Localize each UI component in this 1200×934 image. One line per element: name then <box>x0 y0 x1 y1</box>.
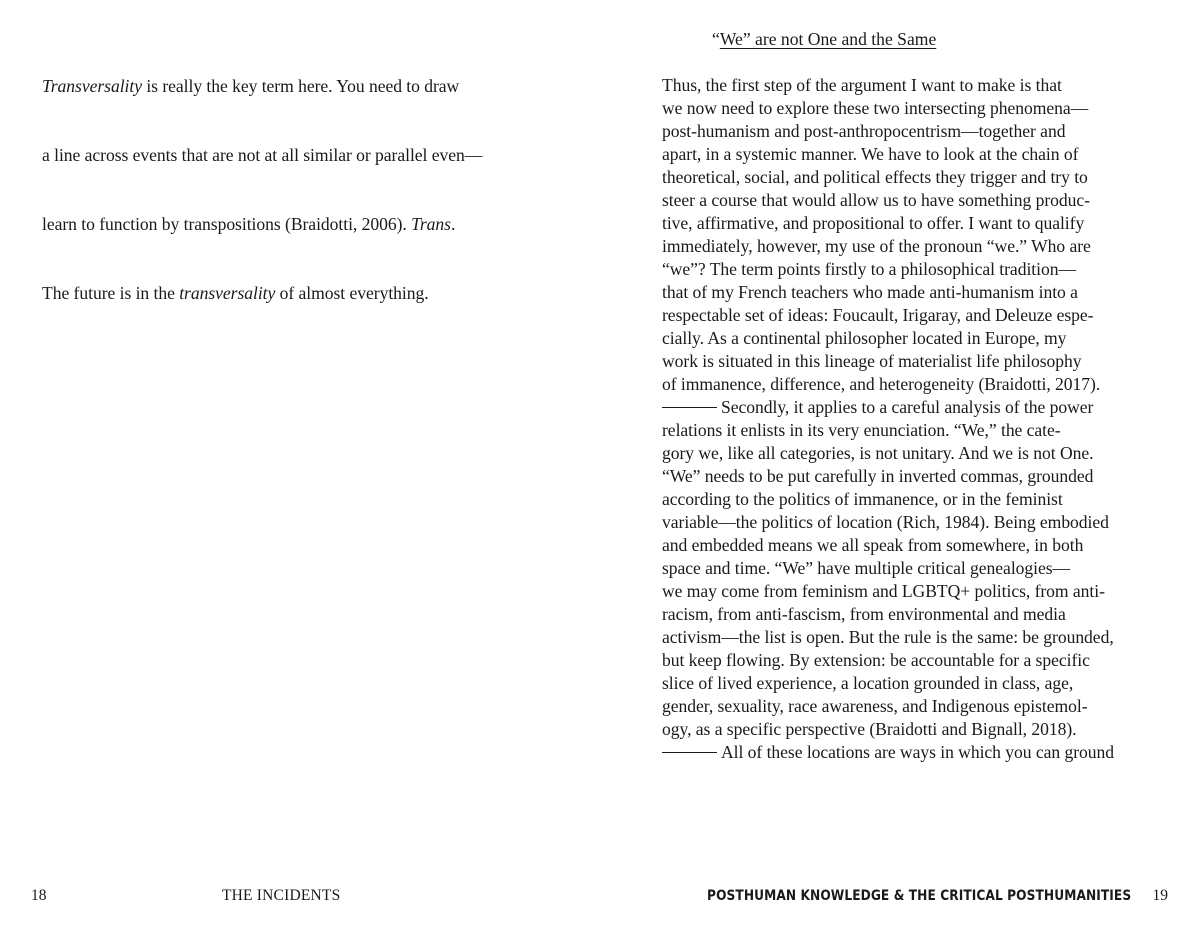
section-heading: “We” are not One and the Same <box>712 28 936 51</box>
text-run: gender, sexuality, race awareness, and I… <box>662 696 1088 716</box>
body-line: relations it enlists in its very enuncia… <box>662 419 1114 442</box>
text-run: variable—the politics of location (Rich,… <box>662 512 1109 532</box>
italic-term: transversality <box>179 283 275 303</box>
text-run: theoretical, social, and political effec… <box>662 167 1088 187</box>
text-run: gory we, like all categories, is not uni… <box>662 443 1094 463</box>
body-line: space and time. “We” have multiple criti… <box>662 557 1114 580</box>
body-line: gory we, like all categories, is not uni… <box>662 442 1114 465</box>
left-page: Transversality is really the key term he… <box>0 0 600 934</box>
text-run: activism—the list is open. But the rule … <box>662 627 1114 647</box>
text-run: “we”? The term points firstly to a philo… <box>662 259 1076 279</box>
text-run: is really the key term here. You need to… <box>142 76 459 96</box>
heading-open-quote: “ <box>712 29 720 49</box>
text-run: a line across events that are not at all… <box>42 145 482 165</box>
body-line: All of these locations are ways in which… <box>662 741 1114 764</box>
body-line: apart, in a systemic manner. We have to … <box>662 143 1114 166</box>
body-line: respectable set of ideas: Foucault, Irig… <box>662 304 1114 327</box>
body-line: immediately, however, my use of the pron… <box>662 235 1114 258</box>
text-run: according to the politics of immanence, … <box>662 489 1063 509</box>
text-run: immediately, however, my use of the pron… <box>662 236 1091 256</box>
text-run: and embedded means we all speak from som… <box>662 535 1083 555</box>
text-run: we may come from feminism and LGBTQ+ pol… <box>662 581 1105 601</box>
body-line: cially. As a continental philosopher loc… <box>662 327 1114 350</box>
body-line: but keep flowing. By extension: be accou… <box>662 649 1114 672</box>
body-line: variable—the politics of location (Rich,… <box>662 511 1114 534</box>
text-run: tive, affirmative, and propositional to … <box>662 213 1084 233</box>
text-run: that of my French teachers who made anti… <box>662 282 1078 302</box>
right-page: “We” are not One and the Same Thus, the … <box>600 0 1200 934</box>
body-line: racism, from anti-fascism, from environm… <box>662 603 1114 626</box>
italic-term: Trans <box>411 214 451 234</box>
body-line: The future is in the transversality of a… <box>42 282 482 305</box>
body-line: steer a course that would allow us to ha… <box>662 189 1114 212</box>
page-number-left: 18 <box>31 886 47 906</box>
body-line: that of my French teachers who made anti… <box>662 281 1114 304</box>
body-line: slice of lived experience, a location gr… <box>662 672 1114 695</box>
text-run: we now need to explore these two interse… <box>662 98 1088 118</box>
body-line: ogy, as a specific perspective (Braidott… <box>662 718 1114 741</box>
body-line: Transversality is really the key term he… <box>42 75 482 98</box>
running-head-left: THE INCIDENTS <box>222 886 340 906</box>
text-run: space and time. “We” have multiple criti… <box>662 558 1070 578</box>
text-run: work is situated in this lineage of mate… <box>662 351 1082 371</box>
text-run: ogy, as a specific perspective (Braidott… <box>662 719 1077 739</box>
right-body-text: Thus, the first step of the argument I w… <box>662 74 1114 764</box>
body-line: we now need to explore these two interse… <box>662 97 1114 120</box>
body-line: Secondly, it applies to a careful analys… <box>662 396 1114 419</box>
text-run: of almost everything. <box>275 283 428 303</box>
left-body-text: Transversality is really the key term he… <box>42 29 482 351</box>
body-line: gender, sexuality, race awareness, and I… <box>662 695 1114 718</box>
text-run: Secondly, it applies to a careful analys… <box>721 397 1093 417</box>
text-run: of immanence, difference, and heterogene… <box>662 374 1100 394</box>
body-line: according to the politics of immanence, … <box>662 488 1114 511</box>
body-line: a line across events that are not at all… <box>42 144 482 167</box>
heading-text: We” are not One and the Same <box>720 29 936 49</box>
text-run: apart, in a systemic manner. We have to … <box>662 144 1078 164</box>
text-run: but keep flowing. By extension: be accou… <box>662 650 1090 670</box>
text-run: racism, from anti-fascism, from environm… <box>662 604 1066 624</box>
body-line: we may come from feminism and LGBTQ+ pol… <box>662 580 1114 603</box>
body-line: activism—the list is open. But the rule … <box>662 626 1114 649</box>
text-run: Thus, the first step of the argument I w… <box>662 75 1062 95</box>
text-run: . <box>451 214 455 234</box>
paragraph-rule-divider <box>662 407 717 408</box>
text-run: The future is in the <box>42 283 179 303</box>
text-run: post-humanism and post-anthropocentrism—… <box>662 121 1065 141</box>
text-run: respectable set of ideas: Foucault, Irig… <box>662 305 1093 325</box>
body-line: Thus, the first step of the argument I w… <box>662 74 1114 97</box>
italic-term: Transversality <box>42 76 142 96</box>
body-line: “We” needs to be put carefully in invert… <box>662 465 1114 488</box>
body-line: tive, affirmative, and propositional to … <box>662 212 1114 235</box>
text-run: learn to function by transpositions (Bra… <box>42 214 411 234</box>
text-run: relations it enlists in its very enuncia… <box>662 420 1061 440</box>
body-line: and embedded means we all speak from som… <box>662 534 1114 557</box>
body-line: work is situated in this lineage of mate… <box>662 350 1114 373</box>
body-line: theoretical, social, and political effec… <box>662 166 1114 189</box>
text-run: All of these locations are ways in which… <box>721 742 1114 762</box>
running-head-right: POSTHUMAN KNOWLEDGE & THE CRITICAL POSTH… <box>707 886 1131 906</box>
body-line: post-humanism and post-anthropocentrism—… <box>662 120 1114 143</box>
text-run: “We” needs to be put carefully in invert… <box>662 466 1093 486</box>
text-run: slice of lived experience, a location gr… <box>662 673 1073 693</box>
page-number-right: 19 <box>1153 886 1169 906</box>
body-line: of immanence, difference, and heterogene… <box>662 373 1114 396</box>
text-run: steer a course that would allow us to ha… <box>662 190 1090 210</box>
text-run: cially. As a continental philosopher loc… <box>662 328 1066 348</box>
paragraph-rule-divider <box>662 752 717 753</box>
body-line: learn to function by transpositions (Bra… <box>42 213 482 236</box>
body-line: “we”? The term points firstly to a philo… <box>662 258 1114 281</box>
